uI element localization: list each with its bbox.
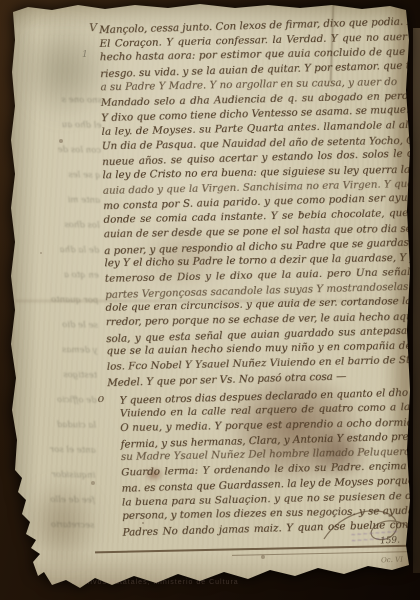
manuscript-photo: sno one sel dho aucon los deq se lesante… — [0, 0, 420, 600]
ghost-line: la ciudad — [14, 412, 96, 438]
folio-number-annotation: 159. — [380, 535, 401, 546]
folio-note-annotation: Oc. VI — [381, 556, 403, 565]
page-corner-numeral: 1 — [82, 50, 88, 60]
ghost-line: con los de — [19, 137, 101, 163]
ghost-line: en qto a — [17, 262, 99, 288]
paragraph-1-mark: V — [89, 21, 97, 36]
closing-rule-line-secondary — [232, 551, 412, 556]
ghost-line: y demas — [15, 337, 97, 363]
handwritten-text-block: V Mançolo, cessa junto. Con lexos de fir… — [99, 15, 420, 540]
ghost-line: de la dha — [17, 237, 99, 263]
ghost-line: ante el sor — [14, 437, 96, 463]
ghost-line: el dho au — [19, 112, 101, 138]
ghost-line: se le dio — [16, 312, 98, 338]
ghost-line: testigos — [15, 362, 97, 388]
ghost-line: ante mi — [18, 187, 100, 213]
ghost-line: fee de ello — [13, 487, 95, 513]
manuscript-page: sno one sel dho aucon los deq se lesante… — [0, 0, 420, 600]
ghost-line: q se les — [18, 162, 100, 188]
paragraph-1: V Mançolo, cessa junto. Con lexos de fir… — [99, 15, 420, 390]
foxing-specks — [0, 0, 2, 2]
ghost-line: secretario — [12, 512, 94, 538]
archive-watermark: Archivos Estatales, Ministerio de Cultur… — [72, 579, 417, 586]
ghost-line: sno one s — [20, 87, 102, 113]
bleedthrough-text: sno one sel dho aucon los deq se lesante… — [12, 87, 102, 558]
ghost-line: inquisidor — [13, 462, 95, 488]
ghost-line: los dhos — [17, 212, 99, 238]
ghost-line: de officio — [14, 387, 96, 413]
paragraph-2-mark: o — [97, 392, 104, 407]
